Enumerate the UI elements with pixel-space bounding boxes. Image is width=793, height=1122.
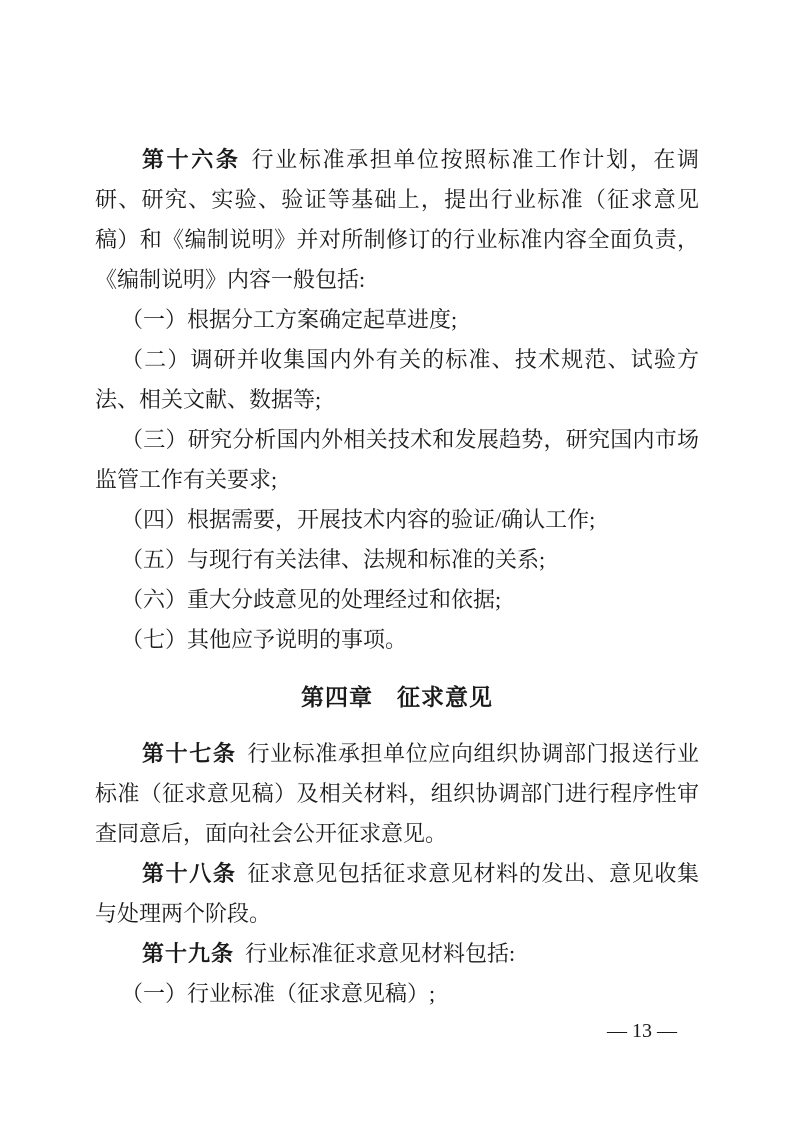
article-16-item-2: （二）调研并收集国内外有关的标准、技术规范、试验方法、相关文献、数据等; xyxy=(95,340,699,420)
article-16-paragraph: 第十六条行业标准承担单位按照标准工作计划，在调研、研究、实验、验证等基础上，提出… xyxy=(95,140,699,300)
article-19-paragraph: 第十九条行业标准征求意见材料包括: xyxy=(95,934,699,974)
article-19-text: 行业标准征求意见材料包括: xyxy=(245,941,515,966)
article-18-paragraph: 第十八条征求意见包括征求意见材料的发出、意见收集与处理两个阶段。 xyxy=(95,854,699,934)
page-number: — 13 — xyxy=(607,1020,677,1042)
article-19-item-1: （一）行业标准（征求意见稿）; xyxy=(95,974,699,1014)
chapter-4-heading: 第四章 征求意见 xyxy=(95,677,699,717)
article-17-number: 第十七条 xyxy=(142,741,236,766)
page-footer: — 13 — xyxy=(607,1018,677,1044)
article-16-item-7: （七）其他应予说明的事项。 xyxy=(95,620,699,660)
article-19-number: 第十九条 xyxy=(142,941,234,966)
article-16-item-4: （四）根据需要，开展技术内容的验证/确认工作; xyxy=(95,500,699,540)
article-16-item-6: （六）重大分歧意见的处理经过和依据; xyxy=(95,580,699,620)
article-16-item-1: （一）根据分工方案确定起草进度; xyxy=(95,300,699,340)
article-16-item-5: （五）与现行有关法律、法规和标准的关系; xyxy=(95,540,699,580)
article-17-paragraph: 第十七条行业标准承担单位应向组织协调部门报送行业标准（征求意见稿）及相关材料，组… xyxy=(95,734,699,854)
article-18-number: 第十八条 xyxy=(142,861,236,886)
article-16-item-3: （三）研究分析国内外相关技术和发展趋势，研究国内市场监管工作有关要求; xyxy=(95,420,699,500)
document-page: 第十六条行业标准承担单位按照标准工作计划，在调研、研究、实验、验证等基础上，提出… xyxy=(0,0,793,1122)
article-16-number: 第十六条 xyxy=(142,147,241,172)
document-body: 第十六条行业标准承担单位按照标准工作计划，在调研、研究、实验、验证等基础上，提出… xyxy=(95,140,699,1014)
